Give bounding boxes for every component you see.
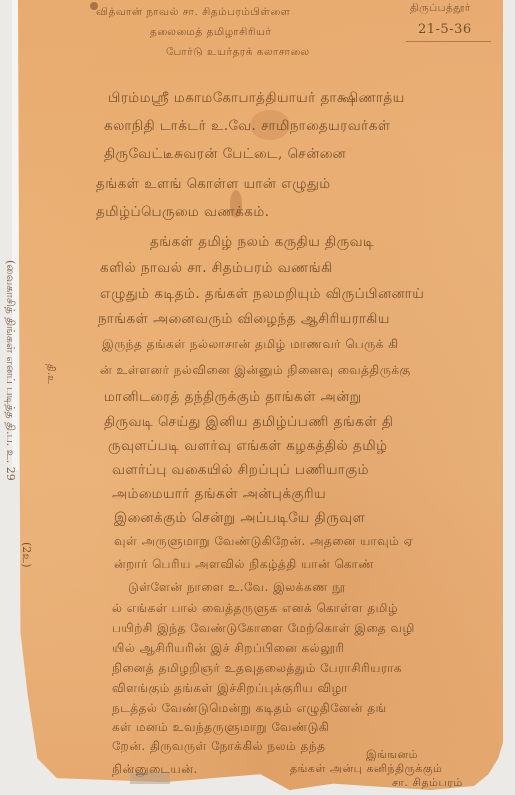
body-line: இருந்த தங்கள் நல்லாசான் தமிழ் மாணவர் பெர… (102, 337, 399, 353)
letter-place: திருப்பத்தூர் (410, 2, 471, 15)
sender-institution: போர்டு உயர்தரக் கலாசாலை (166, 46, 310, 59)
body-line: ல் எங்கள் பால் வைத்தருளுக எனக் கொள்ள தமி… (112, 601, 398, 617)
date-underline (406, 41, 491, 42)
body-line: ன் உள்ளனர் நல்வினை இன்னும் நினைவு வைத்தி… (100, 363, 411, 379)
sender-title: தலைமைத் தமிழாசிரியர் (150, 26, 271, 39)
body-line: அம்மையார் தங்கள் அன்புக்குரிய (112, 486, 326, 504)
letter-date: 21-5-36 (418, 22, 472, 37)
body-line: யில் ஆசிரியரின் இச் சிறப்பினை கல்லூரி (112, 641, 345, 657)
sender-name: வித்வான் நாவல் சா. சிதம்பரம்பிள்ளை (96, 6, 290, 19)
body-line: நாங்கள் அனைவரும் விழைந்த ஆசிரியராகிய (98, 311, 390, 329)
closing-word: இங்ஙனம் (366, 748, 418, 763)
body-line: வளர்ப்பு வகையில் சிறப்புப் பணியாகும் (112, 462, 369, 480)
body-line: ன்றார் பெரிய அளவில் நிகழ்த்தி யான் கொண் (114, 557, 374, 573)
body-line: வுள் அருளுமாறு வேண்டுகிறேன். அதனை யாவும்… (114, 534, 413, 550)
salutation-line: திருவேட்டீசுவரன் பேட்டை, சென்னை (104, 146, 346, 164)
body-line: தங்கள் தமிழ் நலம் கருதிய திருவடி (150, 234, 374, 252)
scanned-document: வித்வான் நாவல் சா. சிதம்பரம்பிள்ளை தலைமை… (0, 0, 515, 795)
body-line: இனைக்கும் சென்று அப்படியே திருவுள (114, 510, 365, 528)
closing-phrase: தங்கள் அன்பு கனிந்திருக்கும் (290, 762, 442, 777)
margin-mark: தி.உ (44, 364, 56, 384)
body-line: மானிடரைத் தந்திருக்கும் தாங்கள் அன்று (104, 389, 362, 407)
body-line: டுள்ளேன் நாளை உ.வே. இலக்கண நூ (128, 580, 345, 596)
body-line: கள் மனம் உவந்தருளுமாறு வேண்டுகி (112, 720, 329, 736)
body-line: நடத்தல் வேண்டுமென்று கடிதம் எழுதினேன் தங… (112, 701, 387, 717)
body-line: நினைத் தமிழறிஞர் உதவுதலைத்தும் பேராசிரிய… (112, 661, 402, 677)
salutation-line: பிரம்மஸ்ரீ மகாமகோபாத்தியாயர் தாக்ஷிணாத்ய (108, 90, 405, 108)
body-line: றேன். திருவருள் நோக்கில் நலம் தந்த (112, 739, 325, 755)
greeting-line: தங்கள் உளங் கொள்ள யான் எழுதும் (96, 176, 331, 194)
margin-note-vertical: (வைகாசித் திங்கள் எனப் படித்த தி.ப. உ. 2… (2, 260, 17, 481)
body-line: திருவடி செய்து இனிய தமிழ்ப்பணி தங்கள் தி (104, 414, 393, 432)
salutation-line: கலாநிதி டாக்டர் உ.வே. சாமிநாதையரவர்கள் (104, 118, 391, 136)
body-line: ருவுளப்படி வளர்வு எங்கள் கழகத்தில் தமிழ் (108, 438, 388, 456)
greeting-line: தமிழ்ப்பெருமை வணக்கம். (96, 204, 270, 222)
body-line: விளங்கும் தங்கள் இச்சிறப்புக்குரிய விழா (112, 681, 348, 697)
body-line: எழுதும் கடிதம். தங்கள் நலமறியும் விருப்ப… (100, 286, 424, 304)
body-line: களில் நாவல் சா. சிதம்பரம் வணங்கி (100, 260, 333, 278)
signature: சா. சிதம்பரம் (392, 776, 463, 791)
body-line: பயிற்சி இந்த வேண்டுகோளை மேற்கொள் இதை வழி (112, 621, 415, 637)
margin-note-lower: (2உ) (18, 542, 33, 568)
closing-left: நின்னுடையன். (112, 762, 198, 778)
